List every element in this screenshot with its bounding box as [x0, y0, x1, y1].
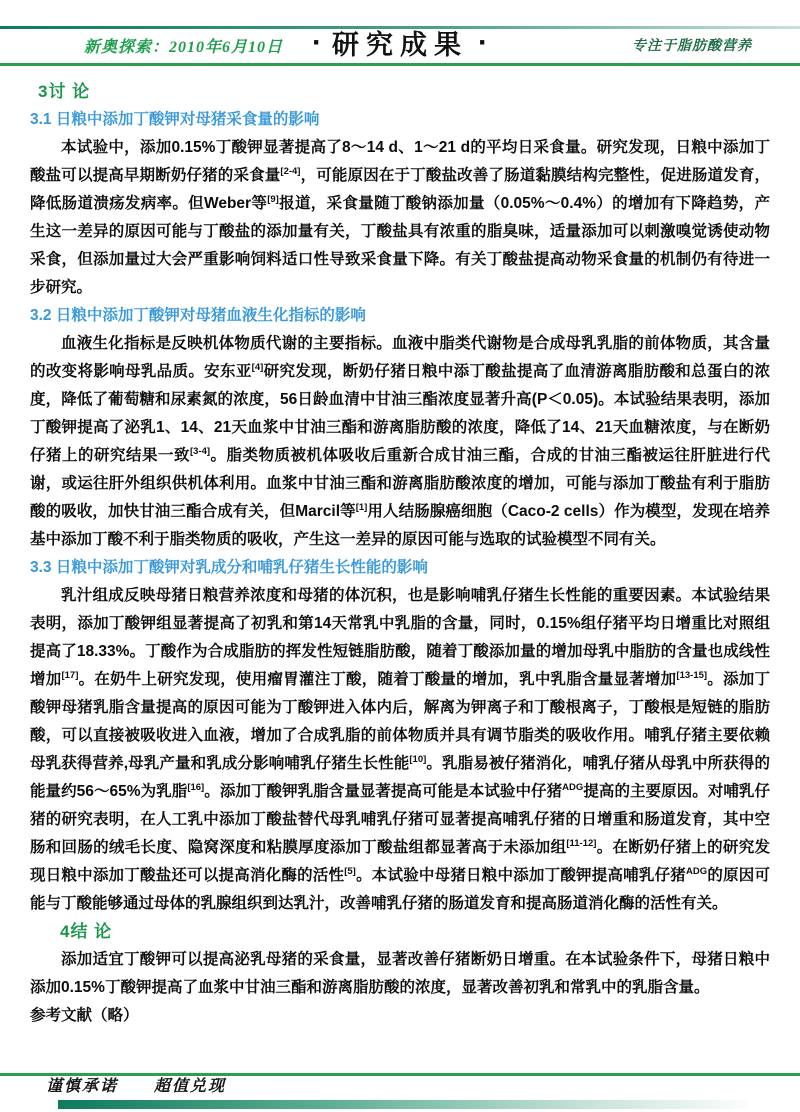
footer-gradient-bar	[58, 1100, 748, 1109]
footer-slogan: 谨慎承诺 超值兑现	[46, 1077, 800, 1097]
article-body: 3讨 论3.1 日粮中添加丁酸钾对母猪采食量的影响本试验中，添加0.15%丁酸钾…	[30, 78, 770, 1030]
section-heading: 4结 论	[60, 918, 770, 946]
masthead-date: 新奥探索：2010年6月10日	[84, 34, 283, 57]
superscript-ref: [3-4]	[190, 446, 210, 457]
superscript-ref: ADG	[686, 866, 707, 877]
superscript-ref: [9]	[267, 194, 279, 205]
subsection-heading: 3.1 日粮中添加丁酸钾对母猪采食量的影响	[30, 106, 770, 134]
subsection-heading: 3.3 日粮中添加丁酸钾对乳成分和哺乳仔猪生长性能的影响	[30, 554, 770, 582]
superscript-ref: [4]	[252, 362, 264, 373]
superscript-ref: ADG	[562, 782, 583, 793]
masthead-row: 新奥探索：2010年6月10日 · 研究成果 · 专注于脂肪酸营养	[0, 30, 800, 60]
paragraph: 血液生化指标是反映机体物质代谢的主要指标。血液中脂类代谢物是合成母乳乳脂的前体物…	[30, 330, 770, 554]
paragraph: 添加适宜丁酸钾可以提高泌乳母猪的采食量，显著改善仔猪断奶日增重。在本试验条件下，…	[30, 946, 770, 1002]
page-footer: 谨慎承诺 超值兑现	[0, 1073, 800, 1112]
superscript-ref: [16]	[187, 782, 204, 793]
subsection-heading: 3.2 日粮中添加丁酸钾对母猪血液生化指标的影响	[30, 302, 770, 330]
superscript-ref: [11-12]	[566, 838, 596, 849]
paragraph: 乳汁组成反映母猪日粮营养浓度和母猪的体沉积，也是影响哺乳仔猪生长性能的重要因素。…	[30, 582, 770, 918]
header-rule	[0, 63, 800, 66]
superscript-ref: [10]	[409, 754, 426, 765]
superscript-ref: [1]	[356, 502, 368, 513]
title-right-dot-icon: ·	[468, 38, 498, 48]
footer-rule	[0, 1073, 800, 1076]
newsletter-page: 新奥探索：2010年6月10日 · 研究成果 · 专注于脂肪酸营养 3讨 论3.…	[0, 0, 800, 1112]
references-note: 参考文献（略）	[30, 1002, 770, 1030]
superscript-ref: [2-4]	[280, 166, 300, 177]
page-title-text: 研究成果	[332, 23, 468, 62]
paragraph: 本试验中，添加0.15%丁酸钾显著提高了8～14 d、1～21 d的平均日采食量…	[30, 134, 770, 302]
section-heading: 3讨 论	[38, 78, 770, 106]
title-left-dot-icon: ·	[302, 38, 332, 48]
page-title: · 研究成果 ·	[302, 23, 498, 62]
masthead-slogan: 专注于脂肪酸营养	[632, 35, 752, 55]
superscript-ref: [5]	[344, 866, 356, 877]
superscript-ref: [17]	[61, 670, 78, 681]
page-header: 新奥探索：2010年6月10日 · 研究成果 · 专注于脂肪酸营养	[0, 26, 800, 66]
superscript-ref: [13-15]	[676, 670, 707, 681]
